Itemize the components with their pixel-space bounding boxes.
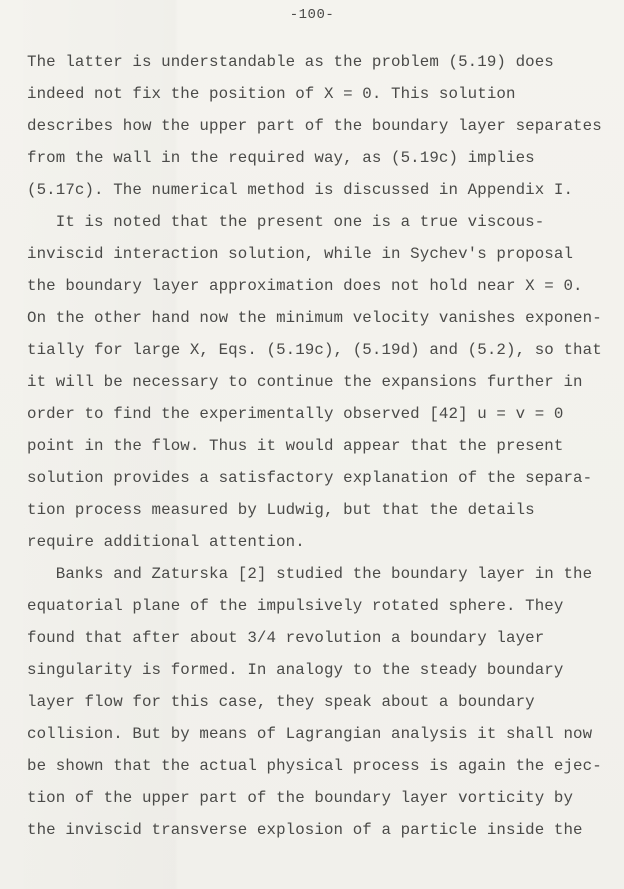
text-line: it will be necessary to continue the exp… — [27, 366, 617, 398]
text-line: tially for large X, Eqs. (5.19c), (5.19d… — [27, 334, 617, 366]
text-line: Banks and Zaturska [2] studied the bound… — [27, 558, 617, 590]
text-line: tion of the upper part of the boundary l… — [27, 782, 617, 814]
text-line: It is noted that the present one is a tr… — [27, 206, 617, 238]
text-line: On the other hand now the minimum veloci… — [27, 302, 617, 334]
text-line: (5.17c). The numerical method is discuss… — [27, 174, 617, 206]
text-line: the inviscid transverse explosion of a p… — [27, 814, 617, 846]
text-line: order to find the experimentally observe… — [27, 398, 617, 430]
text-line: describes how the upper part of the boun… — [27, 110, 617, 142]
text-line: indeed not fix the position of X = 0. Th… — [27, 78, 617, 110]
text-line: solution provides a satisfactory explana… — [27, 462, 617, 494]
text-line: the boundary layer approximation does no… — [27, 270, 617, 302]
text-line: singularity is formed. In analogy to the… — [27, 654, 617, 686]
text-line: be shown that the actual physical proces… — [27, 750, 617, 782]
text-line: from the wall in the required way, as (5… — [27, 142, 617, 174]
text-line: collision. But by means of Lagrangian an… — [27, 718, 617, 750]
text-line: layer flow for this case, they speak abo… — [27, 686, 617, 718]
text-line: inviscid interaction solution, while in … — [27, 238, 617, 270]
body-text: The latter is understandable as the prob… — [27, 46, 617, 846]
text-line: tion process measured by Ludwig, but tha… — [27, 494, 617, 526]
text-line: point in the flow. Thus it would appear … — [27, 430, 617, 462]
document-page: -100- The latter is understandable as th… — [0, 0, 624, 889]
text-line: equatorial plane of the impulsively rota… — [27, 590, 617, 622]
text-line: require additional attention. — [27, 526, 617, 558]
text-line: The latter is understandable as the prob… — [27, 46, 617, 78]
text-line: found that after about 3/4 revolution a … — [27, 622, 617, 654]
page-number: -100- — [0, 4, 624, 26]
